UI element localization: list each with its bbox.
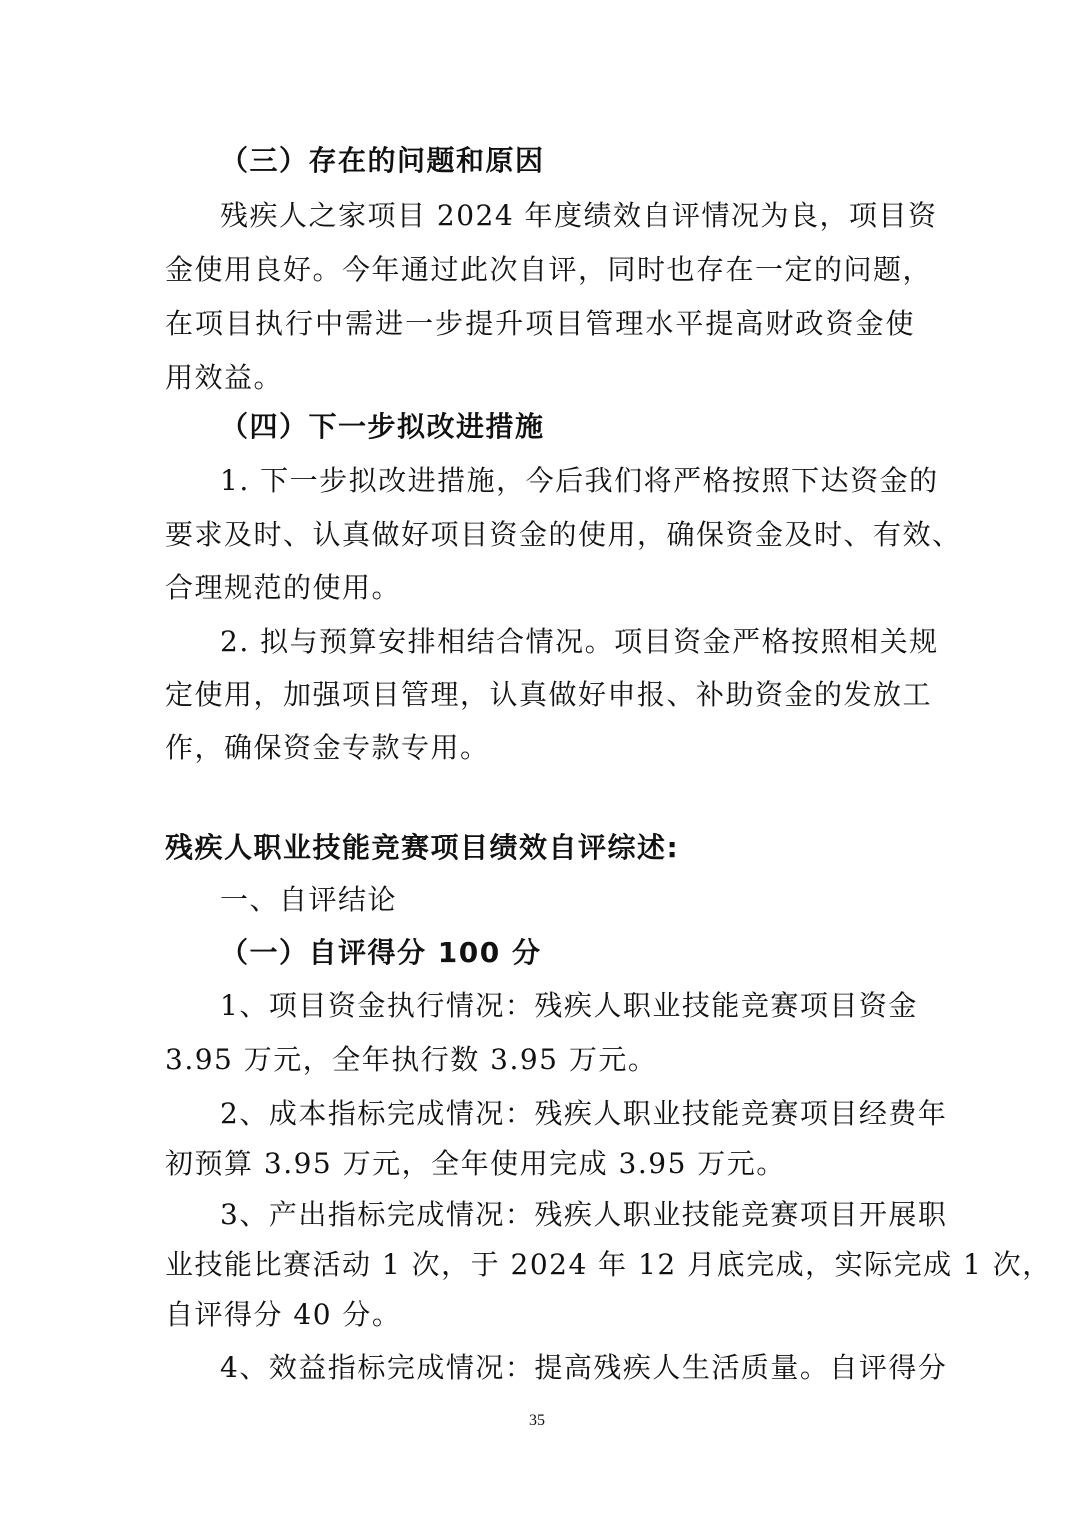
paragraph-line: 定使用，加强项目管理，认真做好申报、补助资金的发放工	[165, 677, 915, 713]
section-4-heading: （四）下一步拟改进措施	[220, 409, 915, 445]
paragraph-line: 1、项目资金执行情况：残疾人职业技能竞赛项目资金	[220, 988, 915, 1024]
paragraph-line: 在项目执行中需进一步提升项目管理水平提高财政资金使	[165, 306, 915, 342]
paragraph-line: 残疾人之家项目 2024 年度绩效自评情况为良，项目资	[220, 198, 915, 234]
document-page: （三）存在的问题和原因 残疾人之家项目 2024 年度绩效自评情况为良，项目资 …	[0, 0, 1074, 1520]
subsection-1-heading: （一）自评得分 100 分	[220, 935, 915, 971]
paragraph-line: 2、成本指标完成情况：残疾人职业技能竞赛项目经费年	[220, 1096, 915, 1132]
paragraph-line: 初预算 3.95 万元，全年使用完成 3.95 万元。	[165, 1146, 915, 1182]
paragraph-line: 金使用良好。今年通过此次自评，同时也存在一定的问题，	[165, 252, 915, 288]
competition-title: 残疾人职业技能竞赛项目绩效自评综述:	[165, 830, 915, 866]
paragraph-line: 2. 拟与预算安排相结合情况。项目资金严格按照相关规	[220, 624, 915, 660]
paragraph-line: 作，确保资金专款专用。	[165, 730, 915, 766]
section-1-heading: 一、自评结论	[220, 882, 915, 918]
paragraph-line: 要求及时、认真做好项目资金的使用，确保资金及时、有效、	[165, 517, 915, 553]
paragraph-line: 3.95 万元，全年执行数 3.95 万元。	[165, 1042, 915, 1078]
page-number: 35	[0, 1412, 1074, 1430]
paragraph-line: 4、效益指标完成情况：提高残疾人生活质量。自评得分	[220, 1350, 915, 1386]
paragraph-line: 合理规范的使用。	[165, 570, 915, 606]
paragraph-line: 自评得分 40 分。	[165, 1297, 915, 1333]
paragraph-line: 3、产出指标完成情况：残疾人职业技能竞赛项目开展职	[220, 1197, 915, 1233]
paragraph-line: 业技能比赛活动 1 次，于 2024 年 12 月底完成，实际完成 1 次，	[165, 1247, 915, 1283]
paragraph-line: 用效益。	[165, 360, 915, 396]
section-3-heading: （三）存在的问题和原因	[220, 143, 915, 179]
paragraph-line: 1. 下一步拟改进措施，今后我们将严格按照下达资金的	[220, 463, 915, 499]
